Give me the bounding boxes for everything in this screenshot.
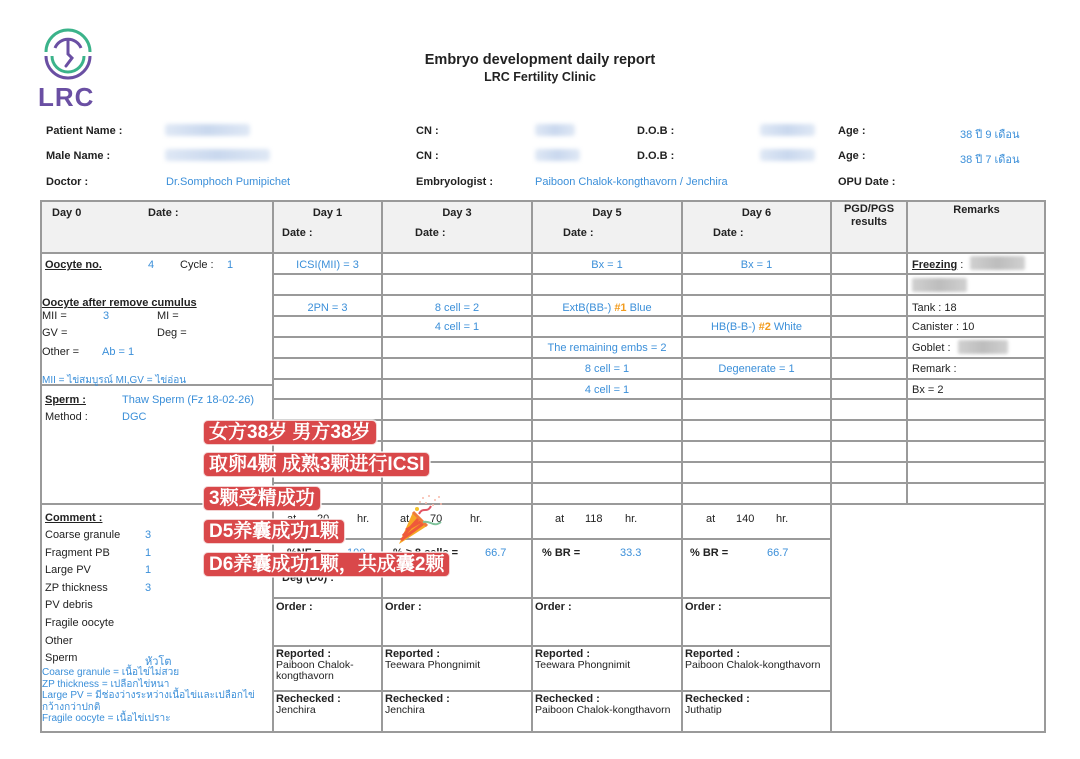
male-age-value: 38 ปี 7 เดือน [960,150,1020,168]
comment-item-label: Sperm [45,652,77,664]
day0-header: Day 0 [52,207,81,219]
female-dob-redacted [760,124,815,136]
day5-date-label: Date : [563,227,594,239]
day5-rechecked-value: Paiboon Chalok-kongthavorn [535,705,670,716]
day6-rechecked-value: Juthatip [685,705,722,716]
grid-row-line [272,378,1046,380]
day6-reported-value: Paiboon Chalok-kongthavorn [685,660,830,671]
overlay-sticker: 3颗受精成功 [203,486,321,511]
day1-row-2-value: 2PN = 3 [274,302,381,314]
comment-item-label: Coarse granule [45,529,120,541]
comment-item-value: 1 [145,547,151,559]
other-value: Ab = 1 [102,346,134,358]
female-dob-label: D.O.B : [637,125,674,137]
timing-at-label: at [555,513,564,525]
day5-row-0-value: Bx = 1 [533,259,681,271]
goblet-remark: Goblet : [912,342,951,354]
grid-row-line [272,398,1046,400]
comment-item-label: Fragment PB [45,547,110,559]
comment-item-label: Fragile oocyte [45,617,114,629]
logo-text: LRC [38,82,94,113]
bottom-column-line [830,503,832,733]
opu-date-label: OPU Date : [838,176,895,188]
deg-label: Deg = [157,327,187,339]
day5-br-value: 33.3 [620,547,641,559]
female-age-value: 38 ปี 9 เดือน [960,125,1020,143]
timing-hours-value: 118 [585,513,603,525]
overlay-sticker: D5养囊成功1颗 [203,519,345,544]
patient-name-label: Patient Name : [46,125,122,137]
overlay-sticker: 取卵4颗 成熟3颗进行ICSI [203,452,430,477]
day1-reported-value: Paiboon Chalok-kongthavorn [276,660,371,682]
grid-row-line [272,294,1046,296]
day3-row-3-value: 4 cell = 1 [383,321,531,333]
day6-br-value: 66.7 [767,547,788,559]
timing-hr-unit: hr. [776,513,788,525]
comment-item-label: Other [45,635,73,647]
embryologist-value: Paiboon Chalok-kongthavorn / Jenchira [535,176,728,188]
male-name-label: Male Name : [46,150,110,162]
day1-rechecked-value: Jenchira [276,705,316,716]
report-title: Embryo development daily report [0,52,1080,68]
grid-row-line [272,440,1046,442]
other-label: Other = [42,346,79,358]
maturity-legend: MII = ไข่สมบูรณ์ MI,GV = ไข่อ่อน [42,373,186,388]
female-age-label: Age : [838,125,866,137]
remarks-header: Remarks [908,204,1045,216]
day5-br-label: % BR = [542,547,580,559]
male-age-label: Age : [838,150,866,162]
timing-hours-value: 140 [736,513,754,525]
grid-row-line [272,482,1046,484]
freezing-sep: : [960,259,963,271]
day3-date-label: Date : [415,227,446,239]
male-dob-label: D.O.B : [637,150,674,162]
comment-item-value: 1 [145,564,151,576]
embryologist-label: Embryologist : [416,176,493,188]
sperm-value: Thaw Sperm (Fz 18-02-26) [122,394,254,406]
doctor-value: Dr.Somphoch Pumipichet [166,176,290,188]
goblet-redacted [958,340,1008,354]
day3-order-label: Order : [385,601,422,613]
day3-header: Day 3 [383,207,531,219]
tank-remark: Tank : 18 [912,302,957,314]
column-line [906,200,908,503]
day5-row-4-value: The remaining embs = 2 [533,342,681,354]
comment-item-value: 3 [145,529,151,541]
grid-row-line [272,503,1046,505]
day1-order-label: Order : [276,601,313,613]
day5-header: Day 5 [533,207,681,219]
bottom-row-line [272,597,830,599]
comment-item-label: ZP thickness [45,582,108,594]
day6-order-label: Order : [685,601,722,613]
comment-label: Comment : [45,512,102,524]
gv-label: GV = [42,327,67,339]
day3-rechecked-value: Jenchira [385,705,425,716]
remark-label: Remark : [912,363,957,375]
header-divider [40,252,1046,254]
method-value: DGC [122,411,146,423]
comment-note: Fragile oocyte = เนื้อไข่เปราะ [42,711,170,726]
day5-tag-color: Blue [630,302,652,314]
timing-hr-unit: hr. [625,513,637,525]
male-cn-redacted [535,149,580,161]
overlay-sticker: 女方38岁 男方38岁 [203,420,377,445]
day6-date-label: Date : [713,227,744,239]
day0-date-label: Date : [148,207,179,219]
day5-row-5-value: 8 cell = 1 [533,363,681,375]
day1-date-label: Date : [282,227,313,239]
grid-row-line [272,357,1046,359]
party-popper-icon [393,492,453,547]
cycle-label: Cycle : [180,259,214,271]
timing-hr-unit: hr. [470,513,482,525]
oocyte-no-value: 4 [148,259,154,271]
freezing-label: Freezing [912,259,957,271]
timing-hr-unit: hr. [357,513,369,525]
cycle-value: 1 [227,259,233,271]
female-cn-redacted [535,124,575,136]
male-cn-label: CN : [416,150,439,162]
column-line [681,200,683,503]
day5-reported-value: Teewara Phongnimit [535,660,680,671]
grid-row-line [272,273,1046,275]
mi-label: MI = [157,310,179,322]
clinic-name: LRC Fertility Clinic [0,70,1080,84]
grid-row-line [272,336,1046,338]
comment-item-value: 3 [145,582,151,594]
day6-grade-text: HB(B-B-) [711,321,756,333]
female-cn-label: CN : [416,125,439,137]
day1-header: Day 1 [274,207,381,219]
grid-row-line [272,419,1046,421]
day3-reported-value: Teewara Phongnimit [385,660,530,671]
freezing-redacted [970,256,1025,270]
freezing-remark: Freezing : [912,259,963,271]
comment-item-label: Large PV [45,564,91,576]
patient-name-redacted [165,124,250,136]
male-name-redacted [165,149,270,161]
male-dob-redacted [760,149,815,161]
day6-header: Day 6 [683,207,830,219]
canister-remark: Canister : 10 [912,321,974,333]
sperm-label: Sperm : [45,394,86,406]
day6-row-0-value: Bx = 1 [683,259,830,271]
day6-row-5-value: Degenerate = 1 [683,363,830,375]
bx-remark: Bx = 2 [912,384,944,396]
method-label: Method : [45,411,88,423]
cells-value: 66.7 [485,547,506,559]
mii-label: MII = [42,310,67,322]
day6-br-label: % BR = [690,547,728,559]
day5-row-6-value: 4 cell = 1 [533,384,681,396]
pgd-header: PGD/PGS results [832,203,906,229]
timing-at-label: at [706,513,715,525]
bottom-row-line [272,690,830,692]
day6-tag: #2 [759,321,771,333]
oocyte-no-label: Oocyte no. [45,259,102,271]
comment-item-label: PV debris [45,599,93,611]
after-cumulus-label: Oocyte after remove cumulus [42,297,197,309]
day6-tag-color: White [774,321,802,333]
day5-grade-text: ExtB(BB-) [562,302,611,314]
day5-tag: #1 [614,302,626,314]
day5-blastocyst-grade: ExtB(BB-) #1 Blue [533,302,681,314]
grid-row-line [272,315,1046,317]
day1-row-0-value: ICSI(MII) = 3 [274,259,381,271]
bottom-row-line [272,645,830,647]
day3-row-2-value: 8 cell = 2 [383,302,531,314]
column-line [830,200,832,503]
mii-value: 3 [103,310,109,322]
day5-order-label: Order : [535,601,572,613]
freezing-redacted-2 [912,278,967,292]
bottom-row-line [272,538,830,540]
overlay-sticker: D6养囊成功1颗，共成囊2颗 [203,552,450,577]
doctor-label: Doctor : [46,176,88,188]
day6-blastocyst-grade: HB(B-B-) #2 White [683,321,830,333]
